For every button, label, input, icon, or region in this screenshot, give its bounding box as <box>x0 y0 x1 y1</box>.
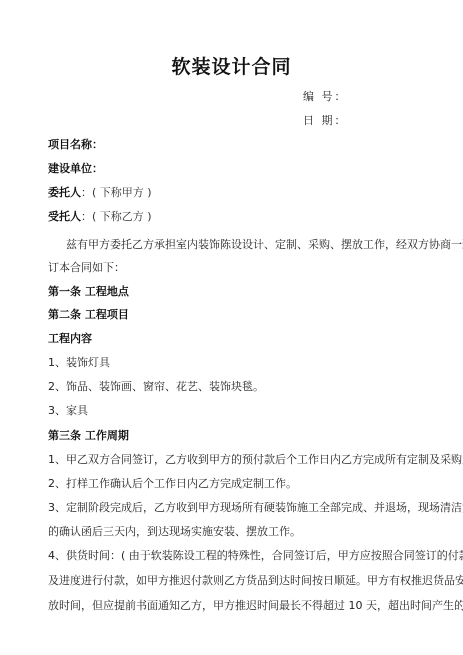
article-1-heading: 第一条 工程地点 <box>48 283 129 299</box>
contract-date-label: 日 期： <box>303 112 348 128</box>
article-3-heading: 第三条 工作周期 <box>48 427 129 443</box>
project-name-field: 项目名称： <box>48 136 103 152</box>
client-label: 委托人 <box>48 186 81 199</box>
contract-number-label: 编 号： <box>303 88 348 104</box>
article-3-line: 1、甲乙双方合同签订，乙方收到甲方的预付款后个工作日内乙方完成所有定制及采购工作… <box>48 451 463 467</box>
article-3-line: 及进度进行付款，如甲方推迟付款则乙方货品到达时间按日顺延。甲方有权推迟货品安装摆 <box>48 572 463 588</box>
client-field: 委托人：( 下称甲方 ) <box>48 184 152 200</box>
article-3-line: 4、供货时间：( 由于软装陈设工程的特殊性，合同签订后，甲方应按照合同签订的付款… <box>48 547 463 563</box>
preamble-line-1: 兹有甲方委托乙方承担室内装饰陈设设计、定制、采购、摆放工作，经双方协商一致签 <box>66 236 463 252</box>
construction-unit-field: 建设单位： <box>48 160 103 176</box>
construction-unit-label: 建设单位： <box>48 162 103 175</box>
contractor-value: ：( 下称乙方 ) <box>81 210 152 223</box>
contractor-field: 受托人：( 下称乙方 ) <box>48 208 152 224</box>
article-3-line: 放时间，但应提前书面通知乙方，甲方推迟时间最长不得超过 10 天，超出时间产生的… <box>48 597 463 613</box>
contractor-label: 受托人 <box>48 210 81 223</box>
client-value: ：( 下称甲方 ) <box>81 186 152 199</box>
work-content-heading: 工程内容 <box>48 330 92 346</box>
article-2-heading: 第二条 工程项目 <box>48 306 129 322</box>
article-3-line: 3、定制阶段完成后，乙方收到甲方现场所有硬装饰施工全部完成、并退场，现场清洁完毕 <box>48 499 463 515</box>
preamble-line-2: 订本合同如下： <box>48 259 125 275</box>
project-name-label: 项目名称： <box>48 138 103 151</box>
article-3-line: 的确认函后三天内，到达现场实施安装、摆放工作。 <box>48 523 301 539</box>
article-3-line: 2、打样工作确认后个工作日内乙方完成定制工作。 <box>48 475 297 491</box>
work-content-item: 1、装饰灯具 <box>48 354 110 370</box>
document-page: 软装设计合同 编 号： 日 期： 项目名称： 建设单位： 委托人：( 下称甲方 … <box>0 0 463 655</box>
document-title: 软装设计合同 <box>0 52 463 79</box>
work-content-item: 3、家具 <box>48 402 88 418</box>
work-content-item: 2、饰品、装饰画、窗帘、花艺、装饰块毯。 <box>48 378 264 394</box>
